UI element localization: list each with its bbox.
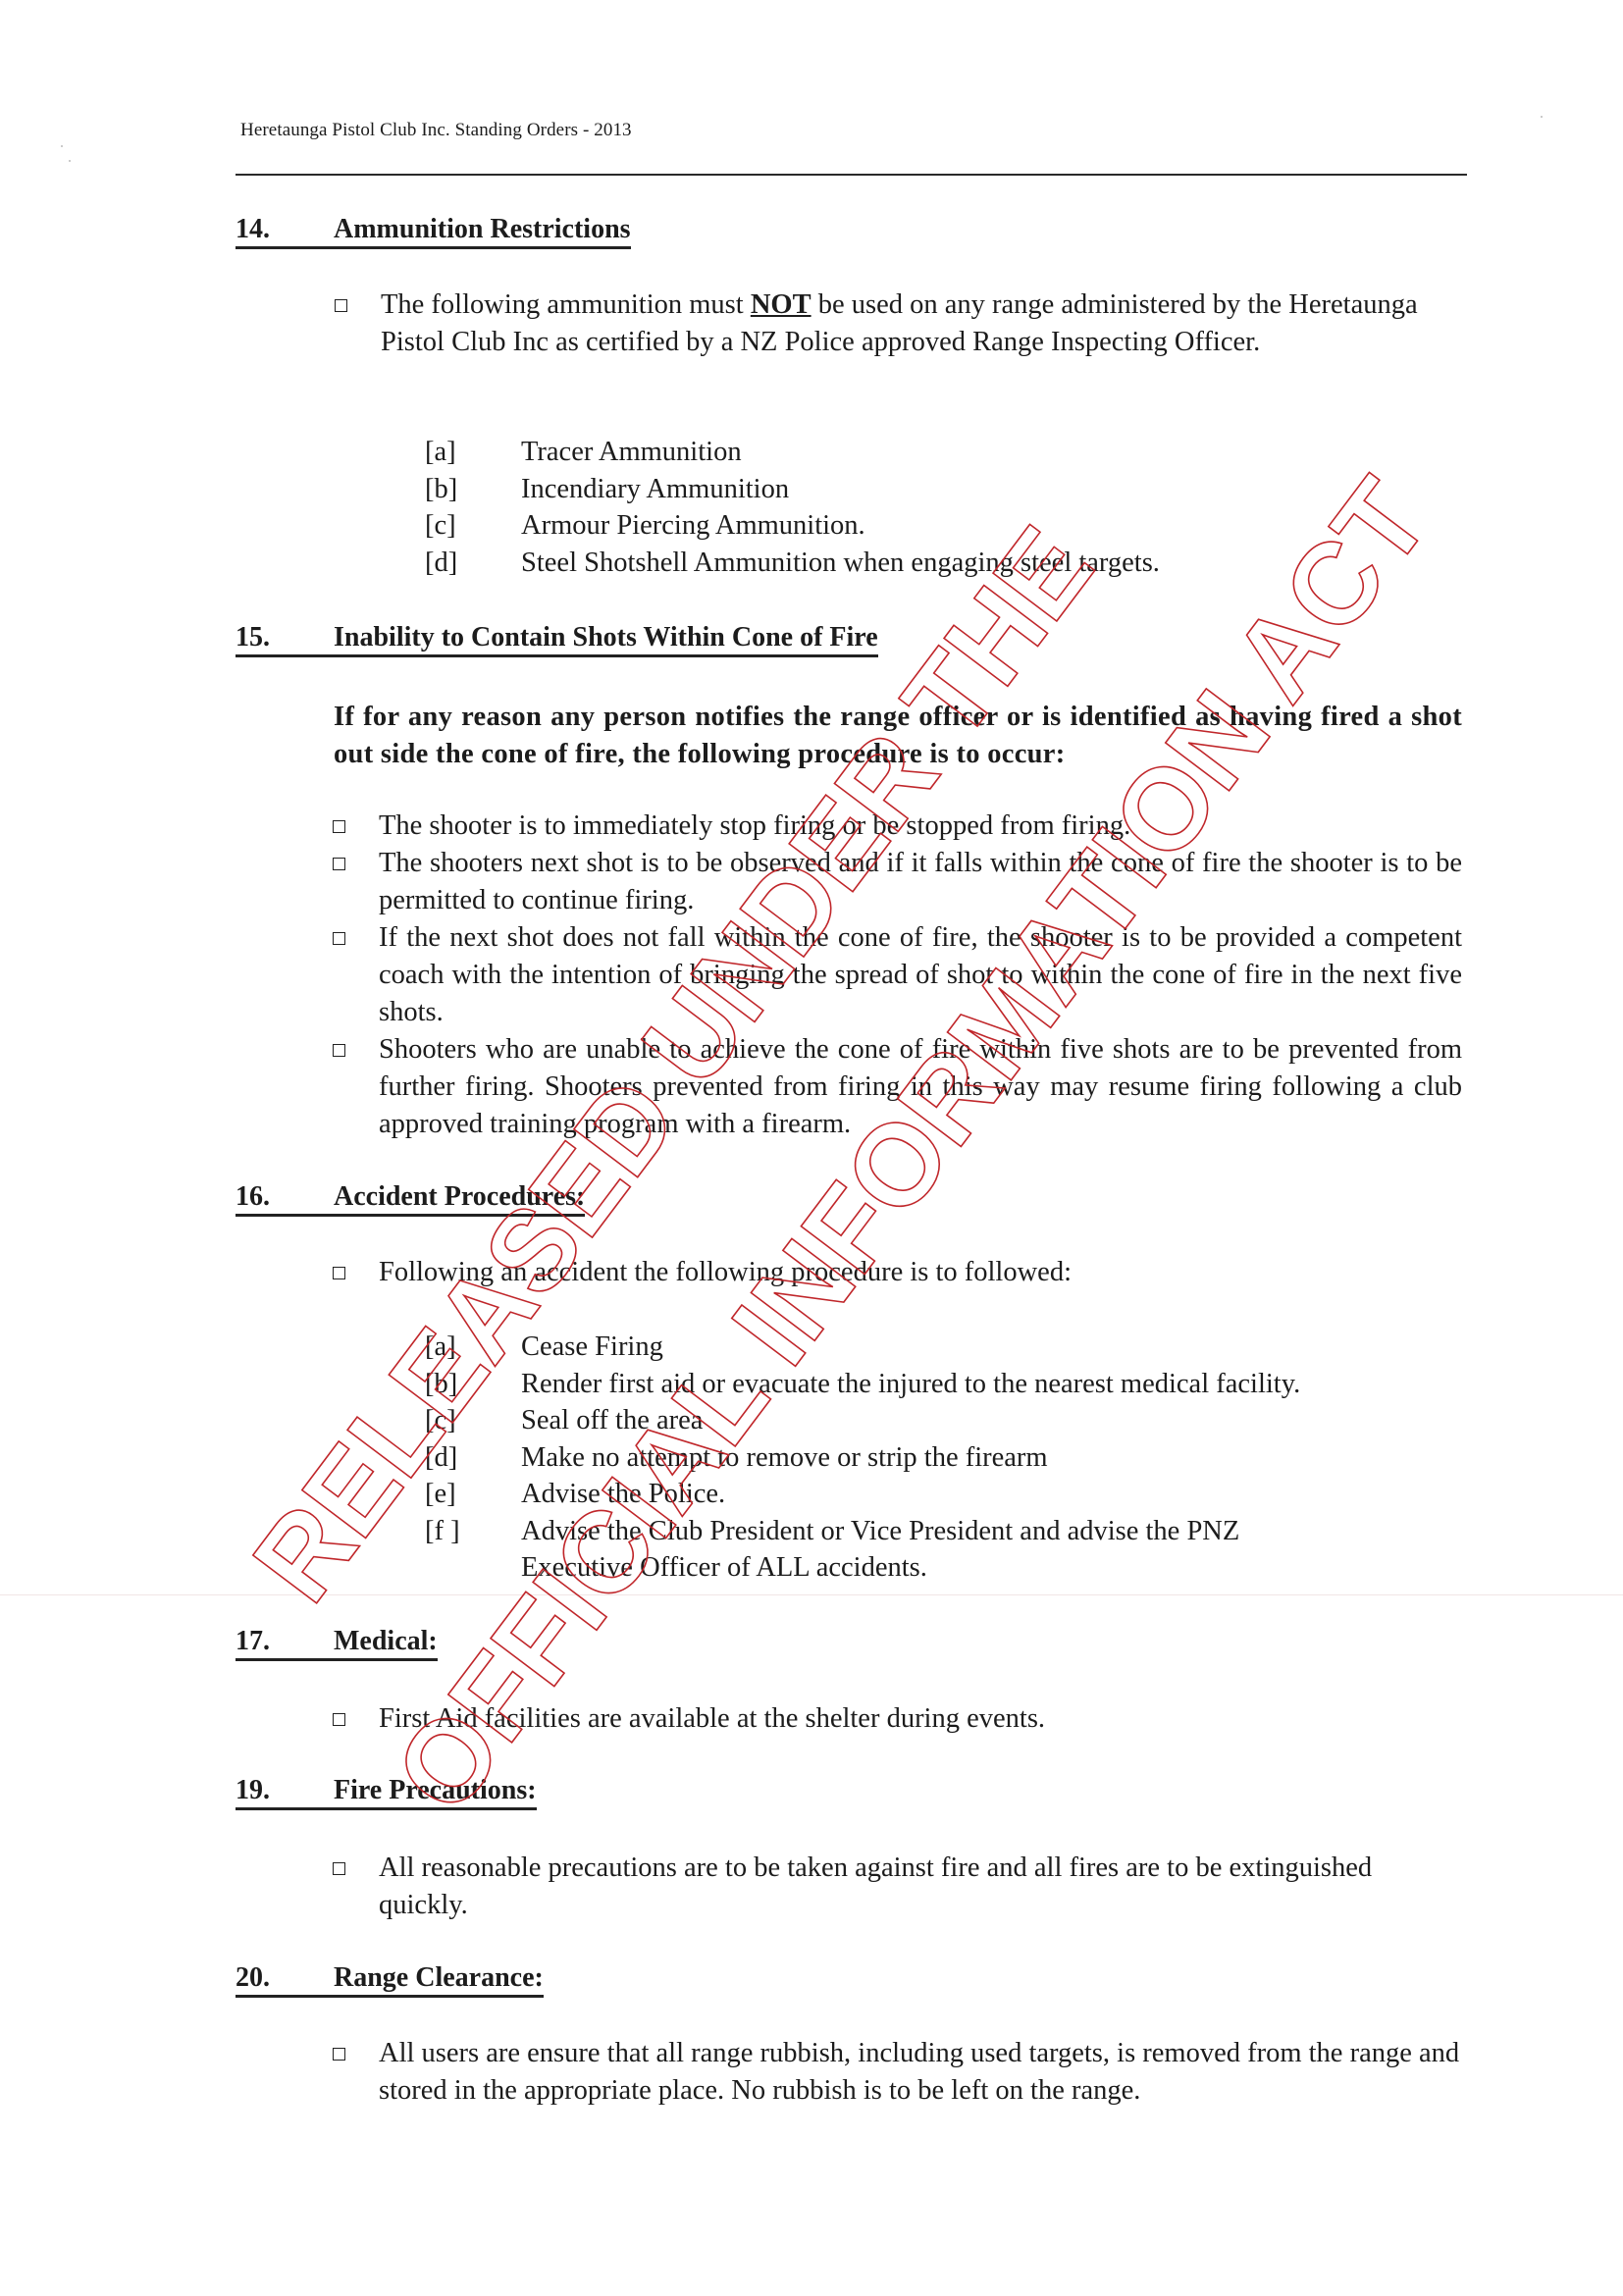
section-15-bullet: The shooter is to immediately stop firin… [379,808,1462,845]
section-number: 16. [236,1180,334,1214]
section-14-bullet: The following ammunition must NOT be use… [381,287,1426,361]
section-17-heading: 17.Medical: [236,1625,438,1661]
checkbox-bullet-icon [335,299,347,312]
section-title: Fire Precautions: [334,1775,537,1805]
checkbox-bullet-icon [333,2048,345,2061]
section-title: Medical: [334,1626,438,1656]
document-page: Heretaunga Pistol Club Inc. Standing Ord… [0,0,1623,2296]
section-15-bullet: The shooters next shot is to be observed… [379,845,1462,919]
checkbox-bullet-icon [333,1862,345,1875]
section-14-heading: 14.Ammunition Restrictions [236,213,631,249]
section-19-bullet: All reasonable precautions are to be tak… [379,1850,1389,1924]
list-item: [a]Cease Firing [425,1329,1426,1366]
section-number: 15. [236,621,334,654]
header-rule [236,174,1467,176]
watermark-line-2: OFFICIAL INFORMATION ACT [370,456,1453,1835]
running-header: Heretaunga Pistol Club Inc. Standing Ord… [240,120,632,141]
list-item: [c]Seal off the area [425,1402,1426,1439]
list-item: [c]Armour Piercing Ammunition. [425,507,1406,545]
section-title: Range Clearance: [334,1962,544,1993]
section-15-intro: If for any reason any person notifies th… [334,699,1462,773]
section-title: Inability to Contain Shots Within Cone o… [334,622,878,652]
not-emphasis: NOT [751,289,811,320]
section-20-bullet: All users are ensure that all range rubb… [379,2035,1468,2110]
list-item: [a]Tracer Ammunition [425,434,1406,471]
section-title: Ammunition Restrictions [334,214,631,244]
section-number: 14. [236,213,334,246]
section-number: 20. [236,1961,334,1995]
scan-artifact-line [0,1594,1623,1595]
checkbox-bullet-icon [333,1713,345,1726]
section-14-list: [a]Tracer Ammunition [b]Incendiary Ammun… [425,434,1406,581]
section-15-bullet: Shooters who are unable to achieve the c… [379,1031,1462,1143]
section-number: 17. [236,1625,334,1658]
checkbox-bullet-icon [333,820,345,833]
list-item: [b]Render first aid or evacuate the inju… [425,1366,1426,1403]
list-item: [e]Advise the Police. [425,1476,1426,1513]
section-16-heading: 16.Accident Procedures: [236,1180,585,1217]
section-title: Accident Procedures: [334,1181,585,1212]
scan-speck [1541,116,1543,118]
list-item: [d]Steel Shotshell Ammunition when engag… [425,545,1406,582]
list-item: [d]Make no attempt to remove or strip th… [425,1439,1426,1477]
scan-speck [61,145,63,147]
section-17-bullet: First Aid facilities are available at th… [379,1700,1462,1738]
scan-speck [69,160,71,162]
checkbox-bullet-icon [333,858,345,870]
section-number: 19. [236,1774,334,1807]
section-20-heading: 20.Range Clearance: [236,1961,544,1998]
section-19-heading: 19.Fire Precautions: [236,1774,537,1810]
section-16-bullet: Following an accident the following proc… [379,1254,1462,1291]
section-16-list: [a]Cease Firing [b]Render first aid or e… [425,1329,1426,1587]
checkbox-bullet-icon [333,932,345,945]
section-15-heading: 15.Inability to Contain Shots Within Con… [236,621,878,657]
checkbox-bullet-icon [333,1044,345,1057]
checkbox-bullet-icon [333,1267,345,1279]
list-item: [f ]Advise the Club President or Vice Pr… [425,1513,1426,1587]
list-item: [b]Incendiary Ammunition [425,471,1406,508]
section-15-bullet: If the next shot does not fall within th… [379,919,1462,1031]
